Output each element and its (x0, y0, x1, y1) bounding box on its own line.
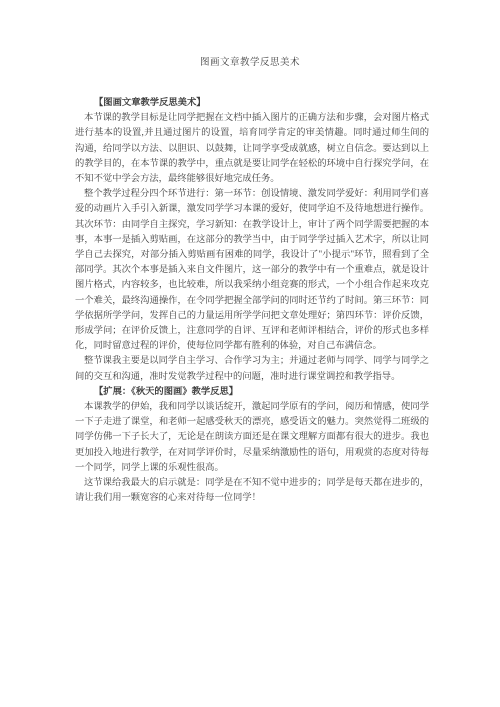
paragraph: 本课教学的伊始，我和同学以谈话绽开，激起同学原有的学问，阅历和情感，使同学一下子… (75, 400, 429, 476)
document-page: 图画文章教学反思美术 【图画文章教学反思美术】 本节课的教学目标是让同学把握在文… (0, 0, 500, 707)
section-heading: 【图画文章教学反思美术】 (75, 96, 429, 111)
paragraph: 这节课给我最大的启示就是：同学是在不知不觉中进步的；同学是每天都在进步的，请让我… (75, 476, 429, 506)
paragraph: 本节课的教学目标是让同学把握在文档中插入图片的正确方法和步骤，会对图片格式进行基… (75, 111, 429, 187)
paragraph: 整节课我主要是以同学自主学习、合作学习为主；并通过老师与同学、同学与同学之间的交… (75, 354, 429, 384)
paragraph: 整个教学过程分四个环节进行：第一环节：创设情境、激发同学爱好：利用同学们喜爱的动… (75, 187, 429, 354)
document-title: 图画文章教学反思美术 (0, 56, 500, 71)
section-heading: 【扩展：《秋天的图画》教学反思】 (75, 385, 429, 400)
document-body: 【图画文章教学反思美术】 本节课的教学目标是让同学把握在文档中插入图片的正确方法… (75, 96, 429, 506)
